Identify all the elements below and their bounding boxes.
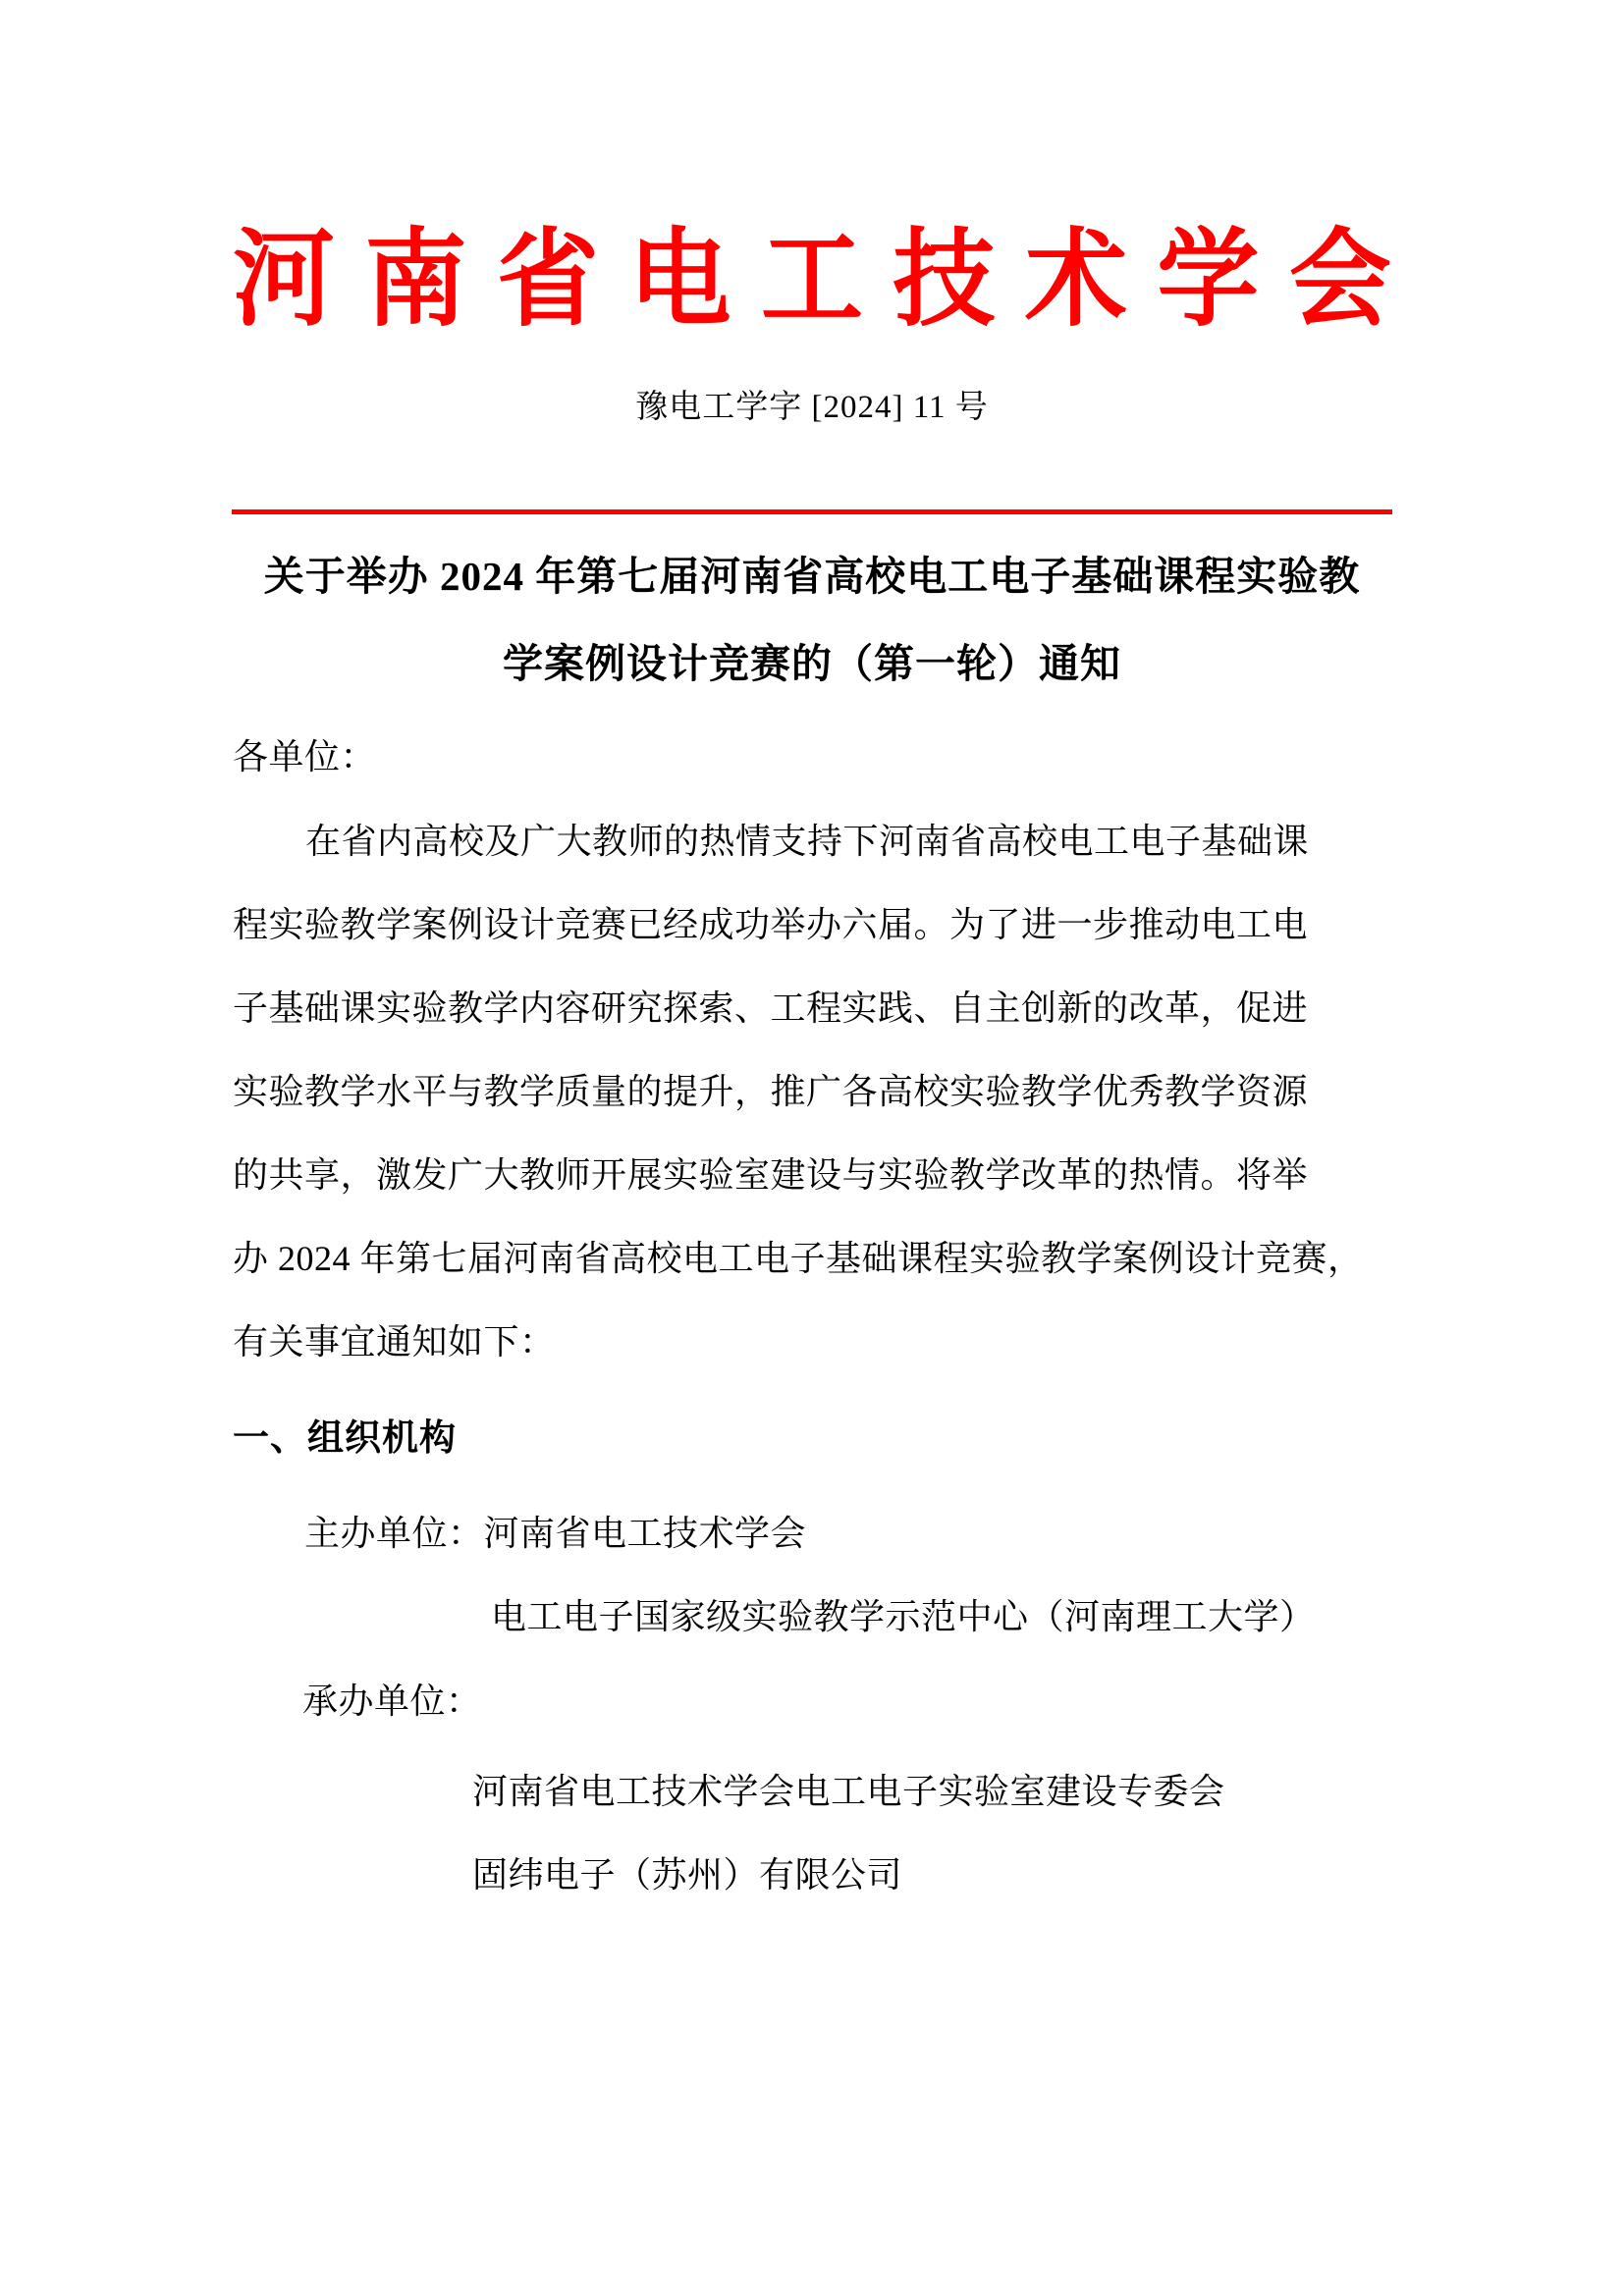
undertaker-unit-label: 承办单位： xyxy=(302,1683,482,1719)
undertaker-unit-line-1: 河南省电工技术学会电工电子实验室建设专委会 xyxy=(472,1774,1225,1809)
body-paragraph-line: 有关事宜通知如下： xyxy=(233,1324,556,1360)
red-divider-rule xyxy=(232,509,1392,514)
body-paragraph-line: 子基础课实验教学内容研究探索、工程实践、自主创新的改革，促进 xyxy=(233,990,1308,1026)
body-paragraph-line: 实验教学水平与教学质量的提升，推广各高校实验教学优秀教学资源 xyxy=(233,1074,1308,1109)
body-paragraph-line: 办 2024 年第七届河南省高校电工电子基础课程实验教学案例设计竞赛， xyxy=(233,1241,1364,1276)
body-paragraph-line: 在省内高校及广大教师的热情支持下河南省高校电工电子基础课 xyxy=(305,824,1309,859)
undertaker-unit-line-2: 固纬电子（苏州）有限公司 xyxy=(472,1857,902,1893)
masthead-title: 河南省电工技术学会 xyxy=(233,228,1391,346)
notice-title-line-1: 关于举办 2024 年第七届河南省高校电工电子基础课程实验教 xyxy=(233,557,1391,597)
host-unit-line: 主办单位：河南省电工技术学会 xyxy=(304,1516,806,1551)
body-paragraph-line: 的共享，激发广大教师开展实验室建设与实验教学改革的热情。将举 xyxy=(233,1157,1308,1193)
section-heading-organization: 一、组织机构 xyxy=(233,1420,457,1457)
salutation: 各单位： xyxy=(233,739,376,774)
host-unit-line-2: 电工电子国家级实验教学示范中心（河南理工大学） xyxy=(491,1599,1316,1634)
body-paragraph-line: 程实验教学案例设计竞赛已经成功举办六届。为了进一步推动电工电 xyxy=(233,907,1308,942)
document-number: 豫电工学字 [2024] 11 号 xyxy=(233,392,1391,424)
document-page: 河南省电工技术学会 豫电工学字 [2024] 11 号 关于举办 2024 年第… xyxy=(0,0,1624,2296)
notice-title-line-2: 学案例设计竞赛的（第一轮）通知 xyxy=(233,644,1391,684)
